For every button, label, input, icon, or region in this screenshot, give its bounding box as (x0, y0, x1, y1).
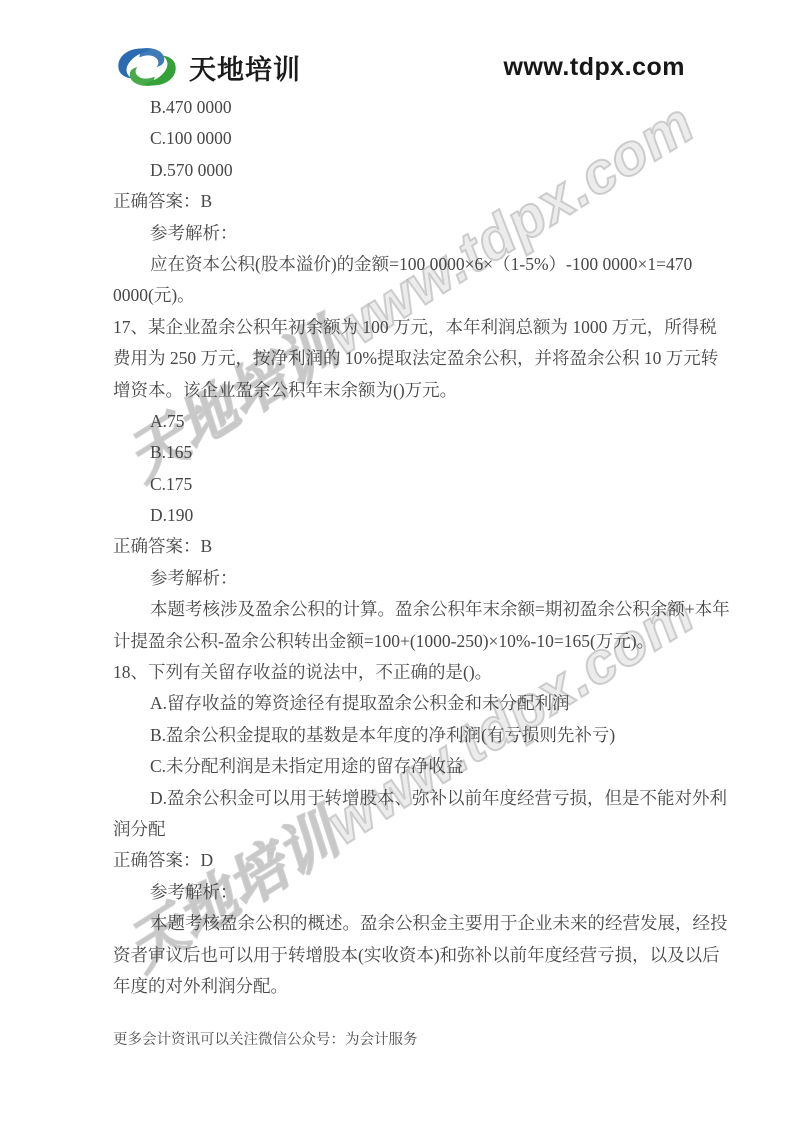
document-line: 正确答案：D (113, 845, 683, 876)
document-line: 费用为 250 万元，按净利润的 10%提取法定盈余公积，并将盈余公积 10 万… (113, 343, 683, 374)
document-line: 正确答案：B (113, 531, 683, 562)
document-line: D.570 0000 (113, 155, 683, 186)
document-line: 18、下列有关留存收益的说法中，不正确的是()。 (113, 657, 683, 688)
document-line: 参考解析： (113, 877, 683, 908)
document-line: D.190 (113, 500, 683, 531)
brand-name: 天地培训 (189, 48, 301, 87)
document-line: 润分配 (113, 814, 683, 845)
document-line: 增资本。该企业盈余公积年末余额为()万元。 (113, 375, 683, 406)
document-line: A.留存收益的筹资途径有提取盈余公积金和未分配利润 (113, 688, 683, 719)
document-body: B.470 0000C.100 0000D.570 0000正确答案：B参考解析… (113, 92, 683, 1002)
document-line: B.盈余公积金提取的基数是本年度的净利润(有亏损则先补亏) (113, 720, 683, 751)
document-line: 本题考核盈余公积的概述。盈余公积金主要用于企业未来的经营发展，经投 (113, 908, 683, 939)
page-header: 天地培训 www.tdpx.com (113, 42, 685, 92)
brand-logo: 天地培训 (113, 45, 301, 89)
document-line: 正确答案：B (113, 186, 683, 217)
document-page: 天地培训www.tdpx.com 天地培训www.tdpx.com 天地培训 w… (0, 0, 793, 1122)
document-line: 本题考核涉及盈余公积的计算。盈余公积年末余额=期初盈余公积余额+本年 (113, 594, 683, 625)
document-line: C.100 0000 (113, 123, 683, 154)
document-line: C.175 (113, 469, 683, 500)
header-site-url: www.tdpx.com (504, 53, 685, 82)
document-line: B.470 0000 (113, 92, 683, 123)
document-line: 参考解析： (113, 218, 683, 249)
document-line: 计提盈余公积-盈余公积转出金额=100+(1000-250)×10%-10=16… (113, 626, 683, 657)
document-line: 17、某企业盈余公积年初余额为 100 万元，本年利润总额为 1000 万元，所… (113, 312, 683, 343)
document-line: D.盈余公积金可以用于转增股本、弥补以前年度经营亏损，但是不能对外利 (113, 783, 683, 814)
document-line: C.未分配利润是未指定用途的留存净收益 (113, 751, 683, 782)
document-line: 参考解析： (113, 563, 683, 594)
document-line: 资者审议后也可以用于转增股本(实收资本)和弥补以前年度经营亏损，以及以后 (113, 940, 683, 971)
document-line: B.165 (113, 437, 683, 468)
document-line: A.75 (113, 406, 683, 437)
document-line: 应在资本公积(股本溢价)的金额=100 0000×6×（1-5%）-100 00… (113, 249, 683, 280)
document-line: 0000(元)。 (113, 280, 683, 311)
document-line: 年度的对外利润分配。 (113, 971, 683, 1002)
footer-note: 更多会计资讯可以关注微信公众号：为会计服务 (113, 1028, 418, 1049)
brand-swirl-icon (113, 45, 181, 89)
